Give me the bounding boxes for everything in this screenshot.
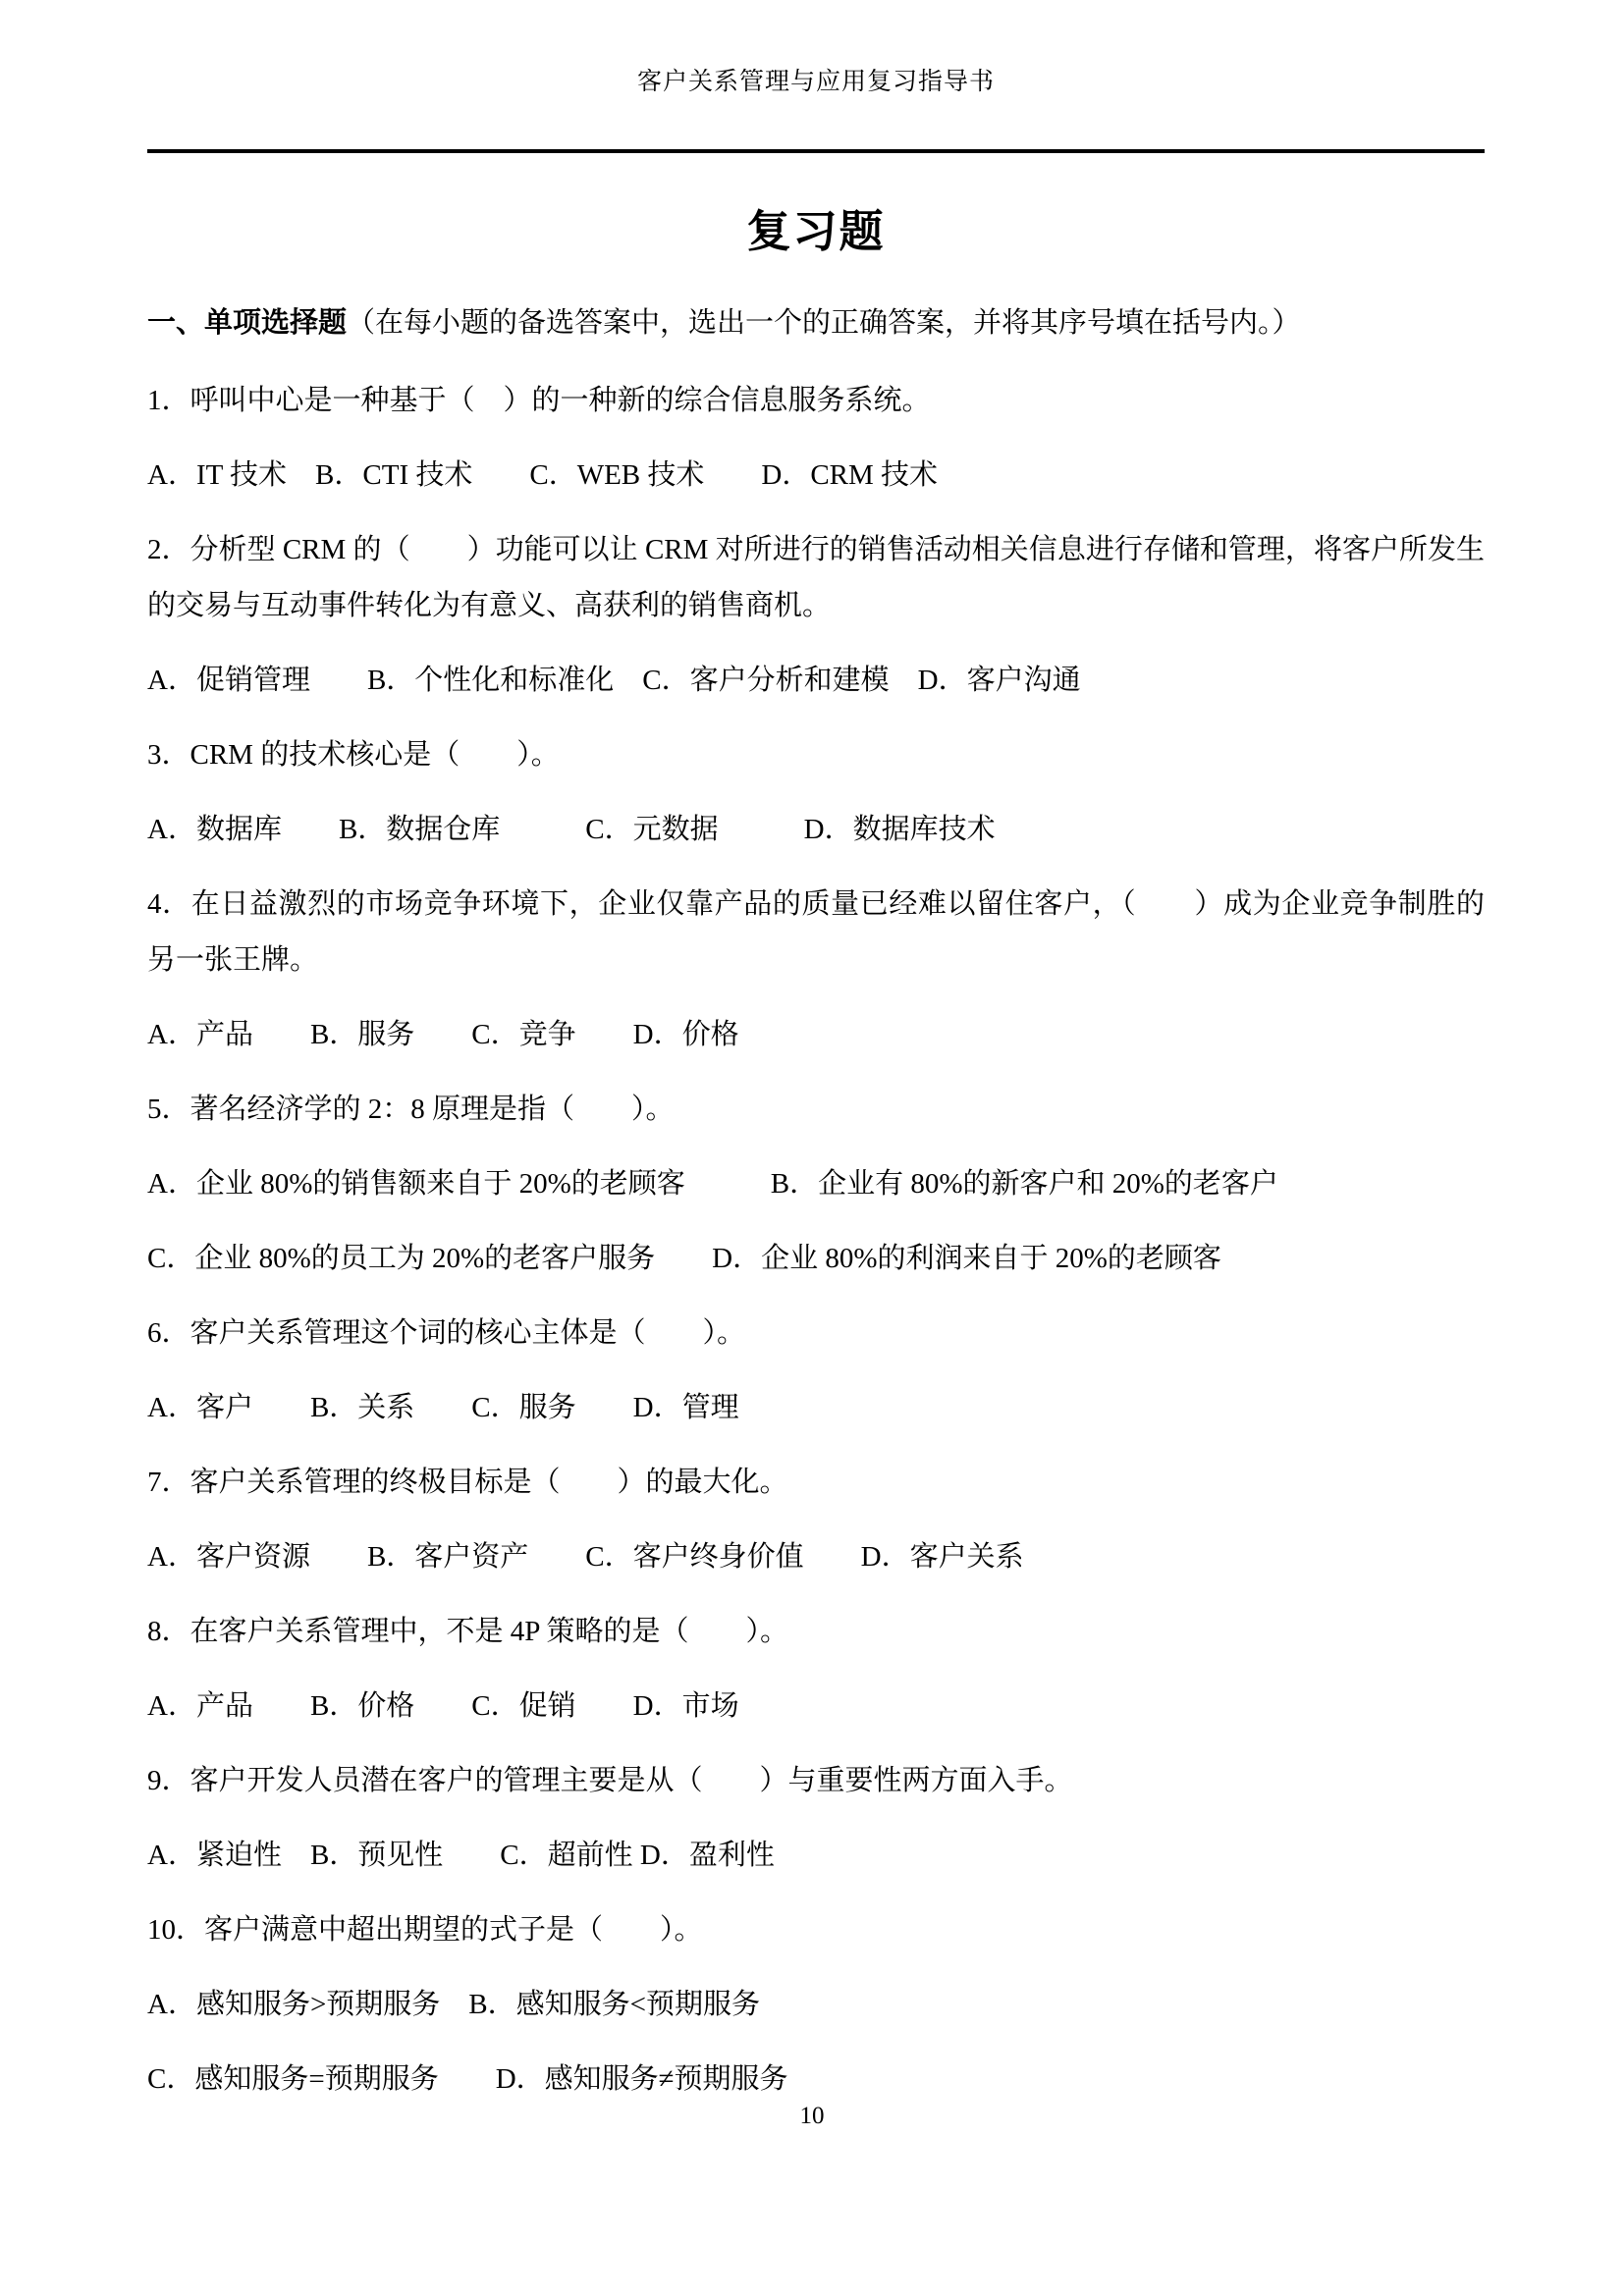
question-stem: 8．在客户关系管理中，不是 4P 策略的是（ ）。	[147, 1604, 1485, 1660]
page-title: 复习题	[147, 202, 1485, 261]
section-label: 一、单项选择题	[147, 307, 347, 339]
question-stem: 7．客户关系管理的终极目标是（ ）的最大化。	[147, 1455, 1485, 1511]
question-option-line: A．企业 80%的销售额来自于 20%的老顾客 B．企业有 80%的新客户和 2…	[147, 1156, 1485, 1212]
question-option-line: A．促销管理 B．个性化和标准化 C．客户分析和建模 D．客户沟通	[147, 653, 1485, 709]
header-rule	[147, 149, 1485, 153]
question-stem: 5．著名经济学的 2：8 原理是指（ ）。	[147, 1082, 1485, 1138]
question-option-line: A．感知服务>预期服务 B．感知服务<预期服务	[147, 1977, 1485, 2033]
page-number: 10	[0, 2101, 1624, 2132]
question-stem: 2．分析型 CRM 的（ ）功能可以让 CRM 对所进行的销售活动相关信息进行存…	[147, 522, 1485, 634]
question-option-line: C．企业 80%的员工为 20%的老客户服务 D．企业 80%的利润来自于 20…	[147, 1231, 1485, 1287]
question-option-line: A．数据库 B．数据仓库 C．元数据 D．数据库技术	[147, 802, 1485, 858]
question-3: 3．CRM 的技术核心是（ ）。 A．数据库 B．数据仓库 C．元数据 D．数据…	[147, 727, 1485, 858]
question-10: 10．客户满意中超出期望的式子是（ ）。 A．感知服务>预期服务 B．感知服务<…	[147, 1902, 1485, 2108]
question-stem: 10．客户满意中超出期望的式子是（ ）。	[147, 1902, 1485, 1958]
question-9: 9．客户开发人员潜在客户的管理主要是从（ ）与重要性两方面入手。 A．紧迫性 B…	[147, 1753, 1485, 1884]
question-1: 1．呼叫中心是一种基于（ ）的一种新的综合信息服务系统。 A．IT 技术 B．C…	[147, 373, 1485, 504]
question-6: 6．客户关系管理这个词的核心主体是（ ）。 A．客户 B．关系 C．服务 D．管…	[147, 1306, 1485, 1436]
question-option-line: C．感知服务=预期服务 D．感知服务≠预期服务	[147, 2052, 1485, 2108]
question-option-line: A．产品 B．价格 C．促销 D．市场	[147, 1679, 1485, 1735]
question-stem: 9．客户开发人员潜在客户的管理主要是从（ ）与重要性两方面入手。	[147, 1753, 1485, 1809]
running-head: 客户关系管理与应用复习指导书	[147, 67, 1485, 98]
question-option-line: A．客户 B．关系 C．服务 D．管理	[147, 1380, 1485, 1436]
question-option-line: A．客户资源 B．客户资产 C．客户终身价值 D．客户关系	[147, 1529, 1485, 1585]
question-5: 5．著名经济学的 2：8 原理是指（ ）。 A．企业 80%的销售额来自于 20…	[147, 1082, 1485, 1287]
question-8: 8．在客户关系管理中，不是 4P 策略的是（ ）。 A．产品 B．价格 C．促销…	[147, 1604, 1485, 1735]
document-page: 客户关系管理与应用复习指导书 复习题 一、单项选择题（在每小题的备选答案中，选出…	[0, 0, 1624, 2296]
question-4: 4．在日益激烈的市场竞争环境下，企业仅靠产品的质量已经难以留住客户，（ ）成为企…	[147, 877, 1485, 1063]
question-2: 2．分析型 CRM 的（ ）功能可以让 CRM 对所进行的销售活动相关信息进行存…	[147, 522, 1485, 709]
question-option-line: A．产品 B．服务 C．竞争 D．价格	[147, 1007, 1485, 1063]
question-stem: 4．在日益激烈的市场竞争环境下，企业仅靠产品的质量已经难以留住客户，（ ）成为企…	[147, 877, 1485, 988]
question-option-line: A．紧迫性 B．预见性 C．超前性 D．盈利性	[147, 1828, 1485, 1884]
question-option-line: A．IT 技术 B．CTI 技术 C．WEB 技术 D．CRM 技术	[147, 448, 1485, 504]
section-instructions: （在每小题的备选答案中，选出一个的正确答案，并将其序号填在括号内。）	[347, 307, 1301, 339]
section-heading: 一、单项选择题（在每小题的备选答案中，选出一个的正确答案，并将其序号填在括号内。…	[147, 295, 1485, 351]
question-stem: 6．客户关系管理这个词的核心主体是（ ）。	[147, 1306, 1485, 1362]
question-7: 7．客户关系管理的终极目标是（ ）的最大化。 A．客户资源 B．客户资产 C．客…	[147, 1455, 1485, 1585]
question-stem: 3．CRM 的技术核心是（ ）。	[147, 727, 1485, 783]
question-stem: 1．呼叫中心是一种基于（ ）的一种新的综合信息服务系统。	[147, 373, 1485, 429]
